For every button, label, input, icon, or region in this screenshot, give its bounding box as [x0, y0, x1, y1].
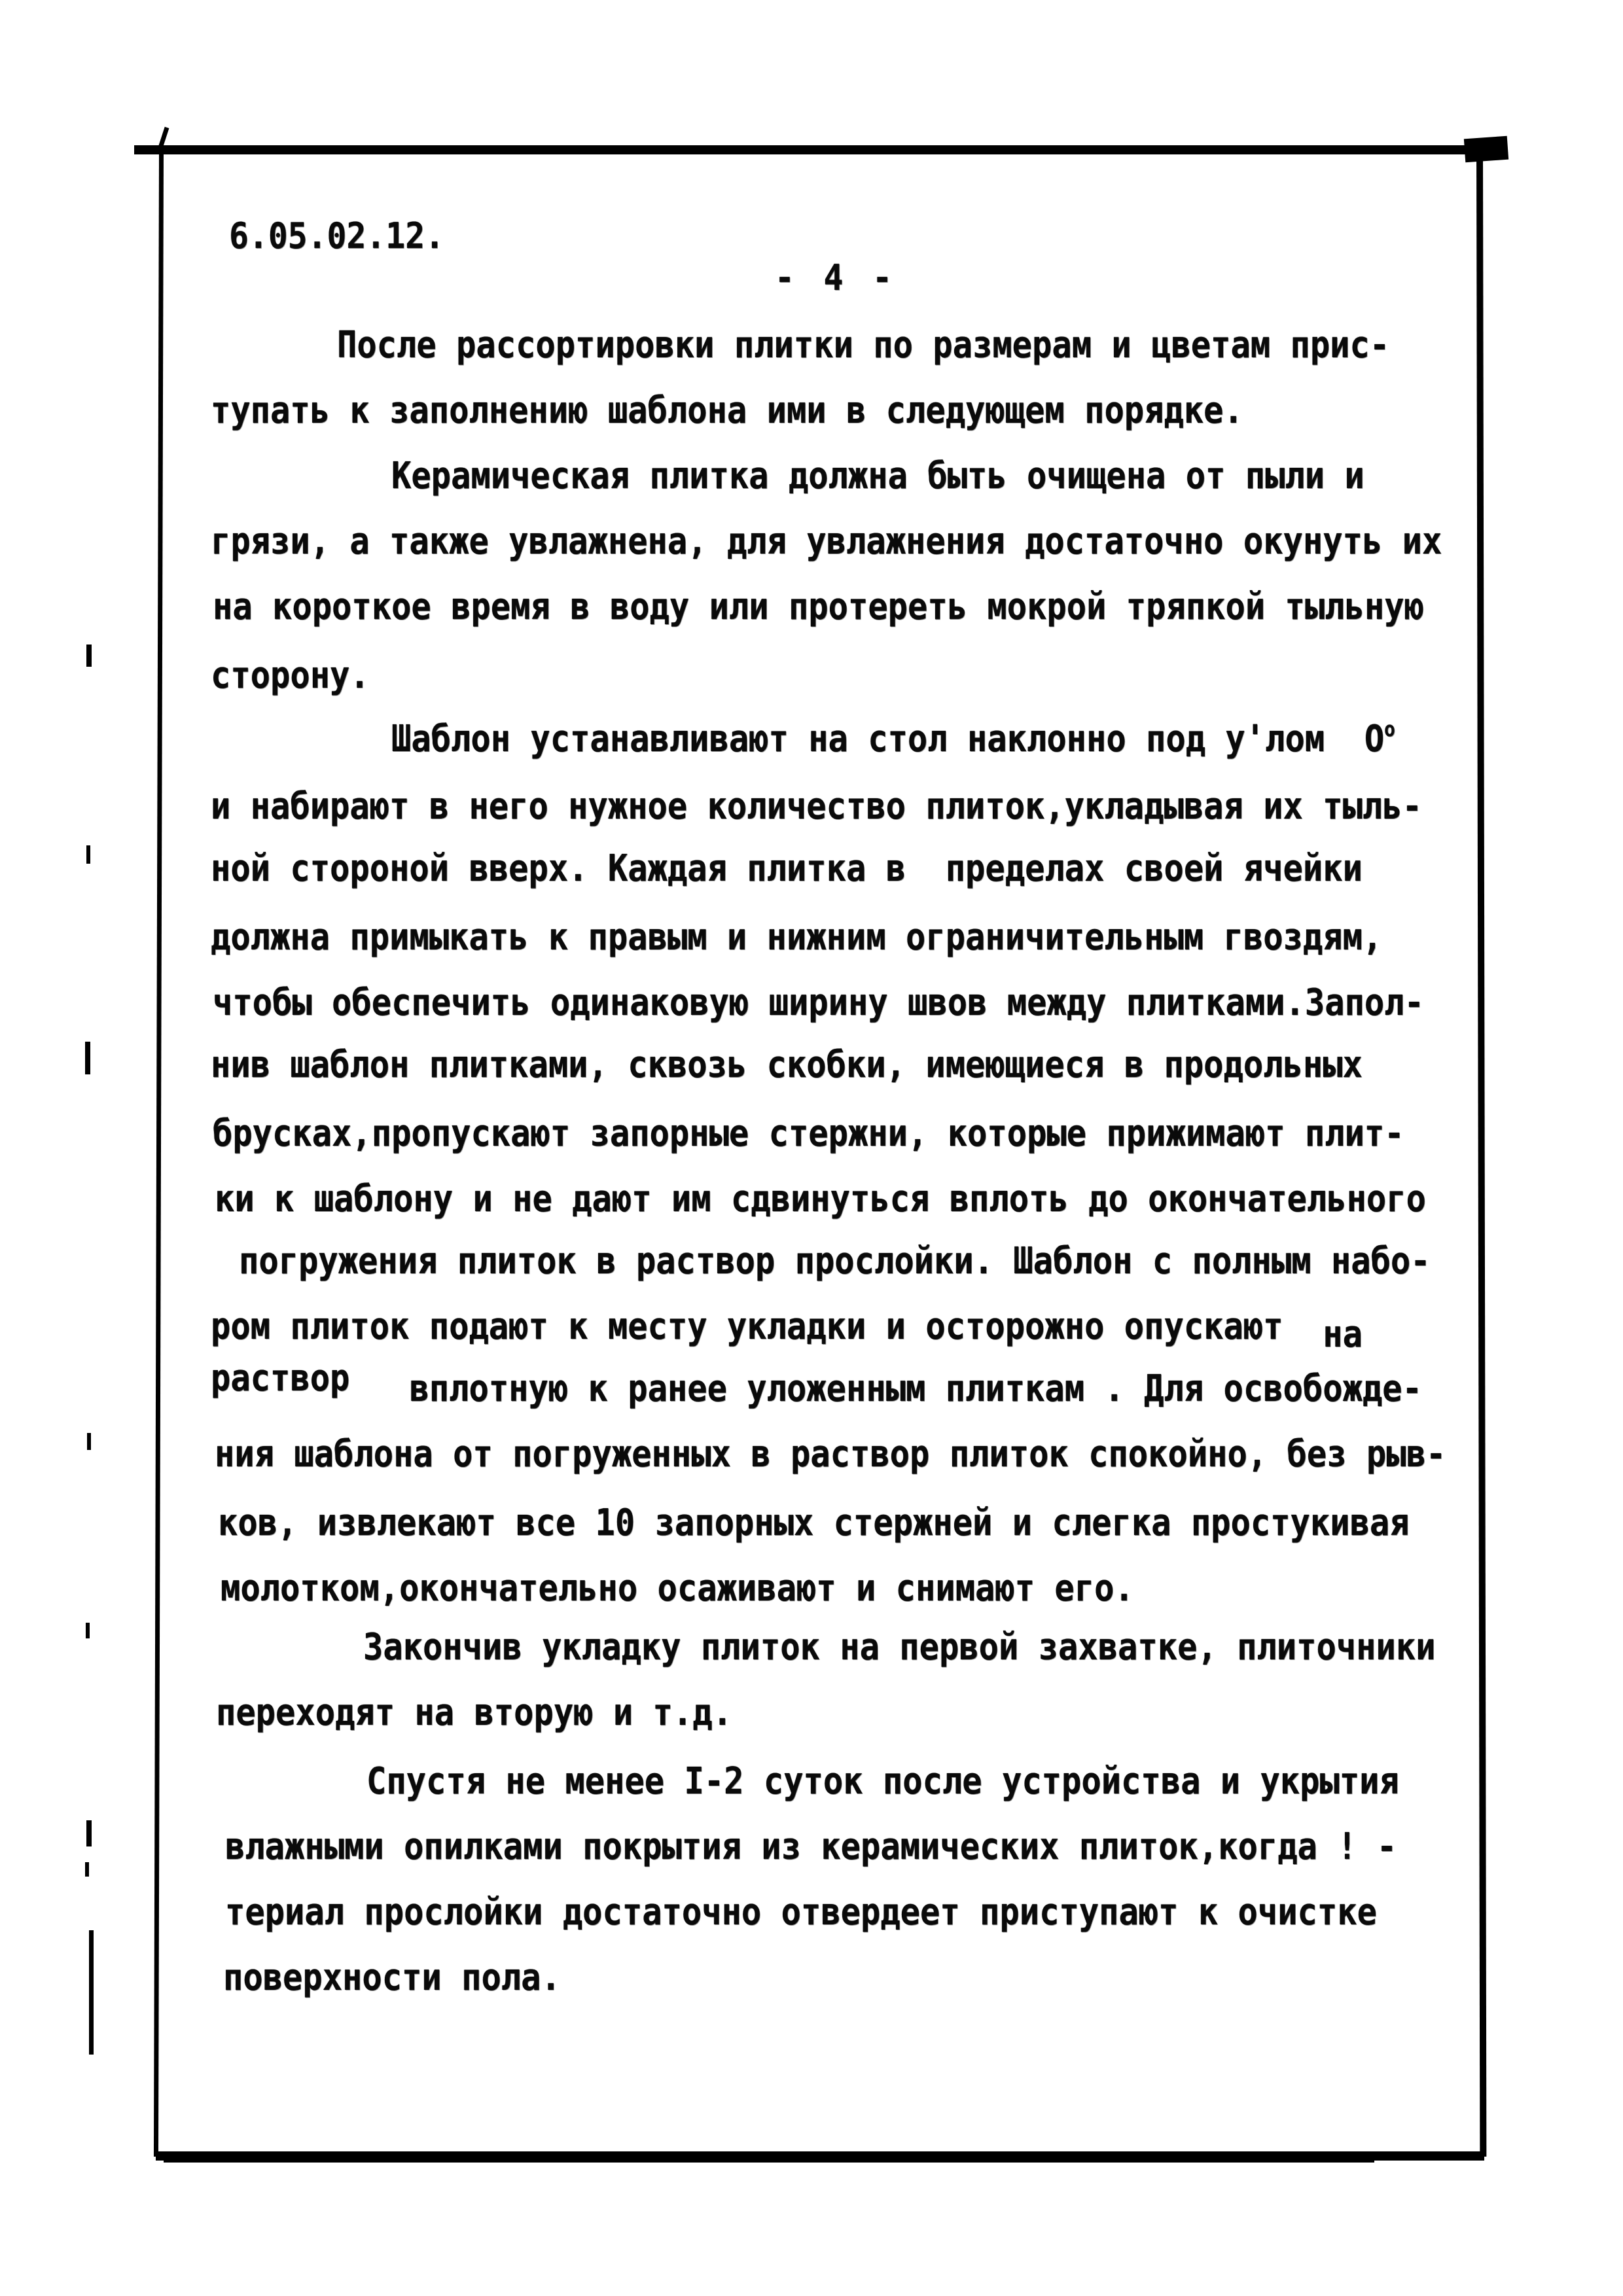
text-segment: должна примыкать к правым и нижним огран… [211, 916, 1382, 959]
text-line-26: поверхности пола. [223, 1960, 561, 1996]
text-segment: ной стороной вверх. Каждая плитка в пред… [211, 847, 1363, 890]
scan-artifact [85, 1862, 89, 1877]
superscript: о [1384, 718, 1395, 741]
text-segment: Керамическая плитка должна быть очищена … [391, 455, 1364, 497]
text-segment: молотком,окончательно осаживают и снимаю… [221, 1567, 1134, 1610]
page-border-top [134, 145, 1507, 154]
text-segment: тупать к заполнению шаблона ими в следую… [211, 389, 1243, 432]
text-line-18: ния шаблона от погруженных в раствор пли… [215, 1436, 1446, 1473]
scan-artifact [86, 645, 92, 667]
corner-wedge-top-right [1464, 136, 1508, 163]
text-segment: на короткое время в воду или протереть м… [213, 586, 1424, 628]
text-line-1: После рассортировки плитки по размерам и… [337, 327, 1389, 364]
text-line-25: териал прослойки достаточно отвердеет пр… [225, 1894, 1377, 1931]
page-number: - 4 - [775, 260, 897, 296]
text-line-9: ной стороной вверх. Каждая плитка в пред… [211, 851, 1363, 887]
text-segment: грязи, а также увлажнена, для увлажнения… [211, 520, 1442, 563]
text-line-24: влажными опилками покрытия из керамическ… [225, 1829, 1397, 1865]
text-line-13: брусках,пропускают запорные стержни, кот… [213, 1116, 1404, 1152]
text-segment: чтобы обеспечить одинаковую ширину швов … [213, 981, 1424, 1024]
page-border-bottom-rough [164, 2157, 1374, 2163]
scan-artifact [87, 1433, 91, 1450]
text-line-20: молотком,окончательно осаживают и снимаю… [221, 1570, 1134, 1607]
text-segment: переходят на вторую и т.д. [216, 1691, 732, 1734]
text-line-17: раствор вплотную к ранее уложенным плитк… [211, 1364, 1422, 1401]
text-line-6: сторону. [211, 658, 370, 694]
text-segment: ром плиток подают к месту укладки и осто… [211, 1305, 1283, 1348]
text-segment: раствор [211, 1360, 349, 1397]
text-line-3: Керамическая плитка должна быть очищена … [391, 458, 1364, 495]
text-line-12: нив шаблон плитками, сквозь скобки, имею… [211, 1047, 1363, 1084]
text-segment: вплотную к ранее уложенным плиткам . Для… [349, 1371, 1422, 1407]
text-line-19: ков, извлекают все 10 запорных стержней … [218, 1505, 1410, 1542]
text-line-8: и набирают в него нужное количество плит… [211, 788, 1422, 825]
text-line-21: Закончив укладку плиток на первой захват… [363, 1629, 1436, 1666]
page-border-left [154, 149, 164, 2157]
text-segment: сторону. [211, 654, 370, 697]
text-line-7: Шаблон устанавливают на стол наклонно по… [391, 720, 1395, 758]
text-line-15: погружения плиток в раствор прослойки. Ш… [239, 1243, 1431, 1280]
text-segment: на [1283, 1316, 1363, 1353]
text-segment: влажными опилками покрытия из керамическ… [225, 1826, 1397, 1868]
text-segment: и набирают в него нужное количество плит… [211, 785, 1422, 828]
text-segment: териал прослойки достаточно отвердеет пр… [225, 1891, 1377, 1934]
text-line-16: ром плиток подают к месту укладки и осто… [211, 1309, 1363, 1345]
text-segment: Спустя не менее I-2 суток после устройст… [366, 1760, 1399, 1803]
text-segment: нив шаблон плитками, сквозь скобки, имею… [211, 1044, 1363, 1086]
document-page: 6.05.02.12. - 4 - После рассортировки пл… [0, 0, 1623, 2296]
text-line-4: грязи, а также увлажнена, для увлажнения… [211, 523, 1442, 560]
text-segment: ния шаблона от погруженных в раствор пли… [215, 1433, 1446, 1475]
document-code: 6.05.02.12. [229, 219, 444, 254]
text-segment: Закончив укладку плиток на первой захват… [363, 1626, 1436, 1669]
page-border-right [1476, 148, 1486, 2157]
text-segment: брусках,пропускают запорные стержни, кот… [213, 1112, 1404, 1155]
text-segment: После рассортировки плитки по размерам и… [337, 324, 1389, 366]
text-line-10: должна примыкать к правым и нижним огран… [211, 919, 1382, 956]
text-segment: ки к шаблону и не дают им сдвинуться впл… [215, 1178, 1426, 1220]
scan-artifact [86, 1623, 90, 1638]
text-segment: поверхности пола. [223, 1956, 561, 1999]
scan-artifact [86, 1820, 92, 1846]
text-segment: Шаблон устанавливают на стол наклонно по… [391, 718, 1384, 760]
text-line-5: на короткое время в воду или протереть м… [213, 589, 1424, 626]
text-line-23: Спустя не менее I-2 суток после устройст… [366, 1763, 1399, 1800]
scan-artifact [86, 845, 90, 864]
scan-artifact [85, 1042, 90, 1074]
text-line-14: ки к шаблону и не дают им сдвинуться впл… [215, 1181, 1426, 1218]
text-segment: ков, извлекают все 10 запорных стержней … [218, 1502, 1410, 1544]
text-line-2: тупать к заполнению шаблона ими в следую… [211, 393, 1243, 429]
text-segment: погружения плиток в раствор прослойки. Ш… [239, 1240, 1431, 1282]
text-line-22: переходят на вторую и т.д. [216, 1695, 732, 1731]
scan-artifact [89, 1930, 94, 2055]
text-line-11: чтобы обеспечить одинаковую ширину швов … [213, 985, 1424, 1021]
